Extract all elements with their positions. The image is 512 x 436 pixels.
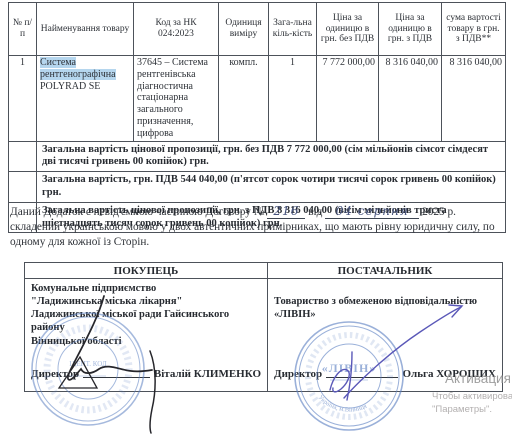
cell-quantity: 1 bbox=[269, 56, 317, 142]
cell-row-number: 1 bbox=[9, 56, 37, 142]
buyer-signature-cell: Комунальне підприємство "Ладижинська міс… bbox=[24, 279, 268, 392]
cell-product-name: Система рентгенографічна POLYRAD SE bbox=[37, 56, 134, 142]
cell-total-with-vat: 8 316 040,00 bbox=[442, 56, 506, 142]
total-row-no-vat: Загальна вартість цінової пропозиції, гр… bbox=[9, 141, 506, 172]
buyer-header: ПОКУПЕЦЬ bbox=[24, 262, 268, 279]
buyer-org-line: Комунальне підприємство bbox=[31, 282, 261, 295]
supplier-org-line: Товариство з обмеженою відповідальністю bbox=[274, 295, 496, 308]
total-no-vat-text: Загальна вартість цінової пропозиції, гр… bbox=[37, 141, 506, 172]
svg-text:Україна, м.Вінниця: Україна, м.Вінниця bbox=[317, 394, 368, 414]
goods-table-header-row: № п/п Найменування товару Код за НК 024:… bbox=[9, 3, 506, 56]
annex-clause-paragraph: Даний Додаток є невід'ємною частиною Дог… bbox=[10, 205, 506, 250]
watermark-title: Активация Win bbox=[445, 371, 512, 386]
clause-text-between: від bbox=[308, 206, 322, 218]
cell-nk-code: 37645 – Система рентгенівська діагностич… bbox=[134, 56, 219, 142]
header-product-name: Найменування товару bbox=[37, 3, 134, 56]
header-num: № п/п bbox=[9, 3, 37, 56]
goods-table: № п/п Найменування товару Код за НК 024:… bbox=[8, 2, 506, 233]
buyer-signing-line: Директор Віталій КЛИМЕНКО bbox=[31, 368, 261, 380]
empty-num-cell bbox=[9, 141, 37, 172]
header-price-no-vat: Ціна за одиницю в грн. без ПДВ bbox=[317, 3, 379, 56]
windows-activation-watermark: Активация Win Чтобы активировать "Параме… bbox=[432, 371, 512, 415]
cell-price-no-vat: 7 772 000,00 bbox=[317, 56, 379, 142]
supplier-signature-underline bbox=[326, 369, 398, 378]
header-unit: Одиниця виміру bbox=[219, 3, 269, 56]
goods-row: 1 Система рентгенографічна POLYRAD SE 37… bbox=[9, 56, 506, 142]
supplier-organization: Товариство з обмеженою відповідальністю … bbox=[274, 295, 496, 321]
handwritten-date: 04 серпня bbox=[325, 205, 419, 219]
scanned-contract-annex-page: { "colors": { "selection_highlight": "#b… bbox=[0, 0, 512, 436]
header-total-with-vat: сума вартості товару в грн. з ПДВ** bbox=[442, 3, 506, 56]
clause-text-before-number: Даний Додаток є невід'ємною частиною Дог… bbox=[10, 206, 265, 218]
header-nk-code: Код за НК 024:2023 bbox=[134, 3, 219, 56]
buyer-role: Директор bbox=[31, 368, 79, 380]
header-price-with-vat: Ціна за одиницю в грн. з ПДВ bbox=[379, 3, 442, 56]
buyer-organization: Комунальне підприємство "Ладижинська міс… bbox=[31, 282, 261, 348]
handwritten-contract-number: 216 bbox=[267, 205, 305, 219]
supplier-header: ПОСТАЧАЛЬНИК bbox=[268, 262, 503, 279]
buyer-signer-name: Віталій КЛИМЕНКО bbox=[154, 368, 261, 380]
watermark-settings-ref: "Параметры". bbox=[432, 404, 512, 415]
buyer-org-line: Вінницької області bbox=[31, 335, 261, 348]
total-row-vat-amount: Загальна вартість, грн. ПДВ 544 040,00 (… bbox=[9, 172, 506, 203]
product-model: POLYRAD SE bbox=[40, 81, 130, 93]
header-quantity: Зага-льна кіль-кість bbox=[269, 3, 317, 56]
total-vat-amount-text: Загальна вартість, грн. ПДВ 544 040,00 (… bbox=[37, 172, 506, 203]
buyer-org-line: "Ладижинська міська лікарня" bbox=[31, 295, 261, 308]
supplier-org-line: «ЛІВІН» bbox=[274, 308, 496, 321]
supplier-role: Директор bbox=[274, 368, 322, 380]
selected-text-highlight: Система рентгенографічна bbox=[40, 57, 116, 80]
empty-num-cell bbox=[9, 172, 37, 203]
cell-unit: компл. bbox=[219, 56, 269, 142]
supplier-stamp-bottom-text: Україна, м.Вінниця bbox=[317, 394, 368, 414]
buyer-signature-underline bbox=[83, 369, 150, 378]
cell-price-with-vat: 8 316 040,00 bbox=[379, 56, 442, 142]
buyer-org-line: Ладижинської міської ради Гайсинського р… bbox=[31, 308, 261, 334]
watermark-subtitle: Чтобы активировать bbox=[432, 391, 512, 402]
